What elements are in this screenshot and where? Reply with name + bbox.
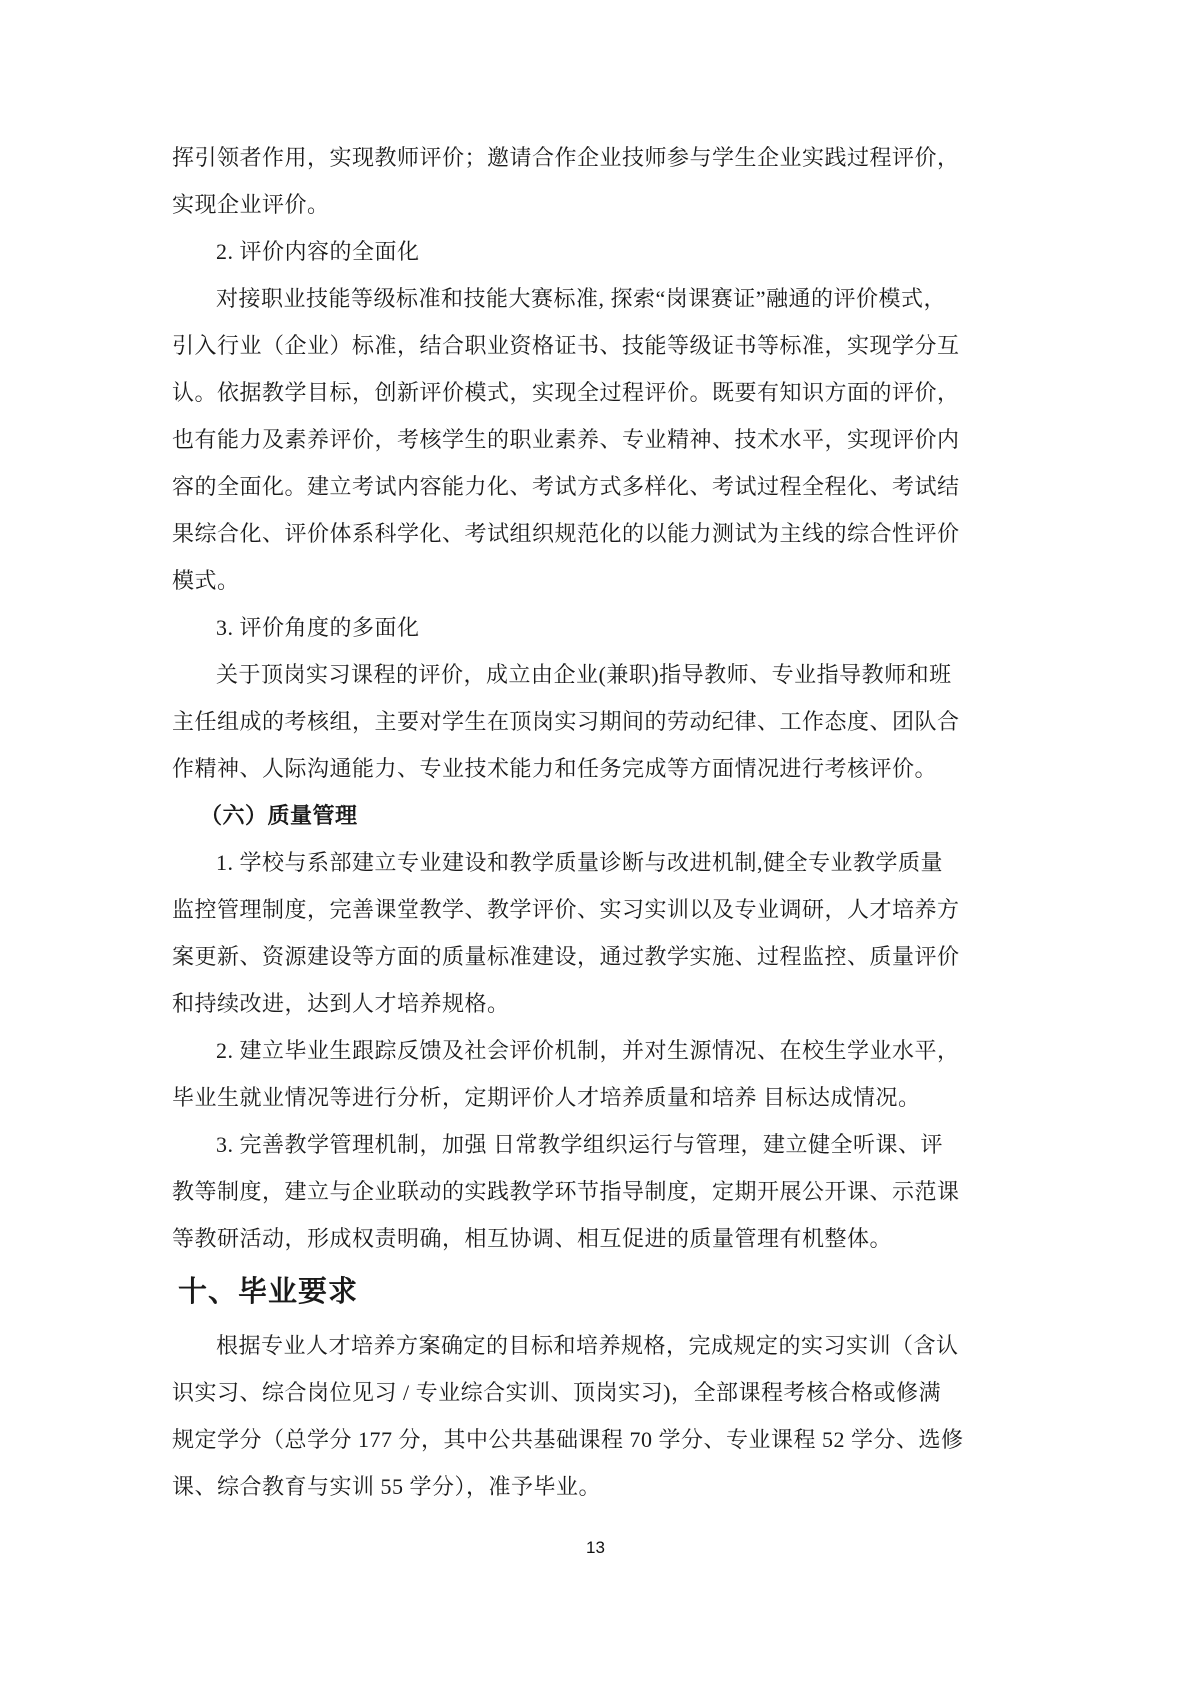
paragraph-line: 和持续改进，达到人才培养规格。	[172, 980, 1020, 1027]
sub-section-heading: （六）质量管理	[172, 792, 1020, 839]
section-heading: 十、毕业要求	[172, 1262, 1020, 1322]
paragraph-line: 果综合化、评价体系科学化、考试组织规范化的以能力测试为主线的综合性评价	[172, 510, 1020, 557]
paragraph-line: 模式。	[172, 557, 1020, 604]
paragraph-line: 案更新、资源建设等方面的质量标准建设，通过教学实施、过程监控、质量评价	[172, 933, 1020, 980]
paragraph-first-line: 2. 建立毕业生跟踪反馈及社会评价机制，并对生源情况、在校生学业水平，	[172, 1027, 1020, 1074]
paragraph-line: 规定学分（总学分 177 分，其中公共基础课程 70 学分、专业课程 52 学分…	[172, 1416, 1020, 1463]
paragraph-line: 教等制度，建立与企业联动的实践教学环节指导制度，定期开展公开课、示范课	[172, 1168, 1020, 1215]
paragraph-first-line: 1. 学校与系部建立专业建设和教学质量诊断与改进机制,健全专业教学质量	[172, 839, 1020, 886]
paragraph-line: 识实习、综合岗位见习 / 专业综合实训、顶岗实习)，全部课程考核合格或修满	[172, 1369, 1020, 1416]
paragraph-line: 监控管理制度，完善课堂教学、教学评价、实习实训以及专业调研，人才培养方	[172, 886, 1020, 933]
paragraph-line: 挥引领者作用，实现教师评价；邀请合作企业技师参与学生企业实践过程评价，	[172, 134, 1020, 181]
paragraph-first-line: 关于顶岗实习课程的评价，成立由企业(兼职)指导教师、专业指导教师和班	[172, 651, 1020, 698]
paragraph-line: 引入行业（企业）标准，结合职业资格证书、技能等级证书等标准，实现学分互	[172, 322, 1020, 369]
paragraph-line: 作精神、人际沟通能力、专业技术能力和任务完成等方面情况进行考核评价。	[172, 745, 1020, 792]
paragraph-line: 主任组成的考核组，主要对学生在顶岗实习期间的劳动纪律、工作态度、团队合	[172, 698, 1020, 745]
paragraph-line: 等教研活动，形成权责明确，相互协调、相互促进的质量管理有机整体。	[172, 1215, 1020, 1262]
numbered-subheading: 2. 评价内容的全面化	[172, 228, 1020, 275]
paragraph-line: 也有能力及素养评价，考核学生的职业素养、专业精神、技术水平，实现评价内	[172, 416, 1020, 463]
document-page: 挥引领者作用，实现教师评价；邀请合作企业技师参与学生企业实践过程评价，实现企业评…	[0, 0, 1191, 1684]
paragraph-line: 实现企业评价。	[172, 181, 1020, 228]
page-number: 13	[0, 1538, 1191, 1558]
paragraph-first-line: 对接职业技能等级标准和技能大赛标准, 探索“岗课赛证”融通的评价模式，	[172, 275, 1020, 322]
paragraph-line: 毕业生就业情况等进行分析，定期评价人才培养质量和培养 目标达成情况。	[172, 1074, 1020, 1121]
paragraph-first-line: 根据专业人才培养方案确定的目标和培养规格，完成规定的实习实训（含认	[172, 1322, 1020, 1369]
paragraph-first-line: 3. 完善教学管理机制，加强 日常教学组织运行与管理，建立健全听课、评	[172, 1121, 1020, 1168]
paragraph-line: 课、综合教育与实训 55 学分），准予毕业。	[172, 1463, 1020, 1510]
paragraph-line: 认。依据教学目标，创新评价模式，实现全过程评价。既要有知识方面的评价，	[172, 369, 1020, 416]
paragraph-line: 容的全面化。建立考试内容能力化、考试方式多样化、考试过程全程化、考试结	[172, 463, 1020, 510]
numbered-subheading: 3. 评价角度的多面化	[172, 604, 1020, 651]
document-body: 挥引领者作用，实现教师评价；邀请合作企业技师参与学生企业实践过程评价，实现企业评…	[172, 134, 1020, 1510]
